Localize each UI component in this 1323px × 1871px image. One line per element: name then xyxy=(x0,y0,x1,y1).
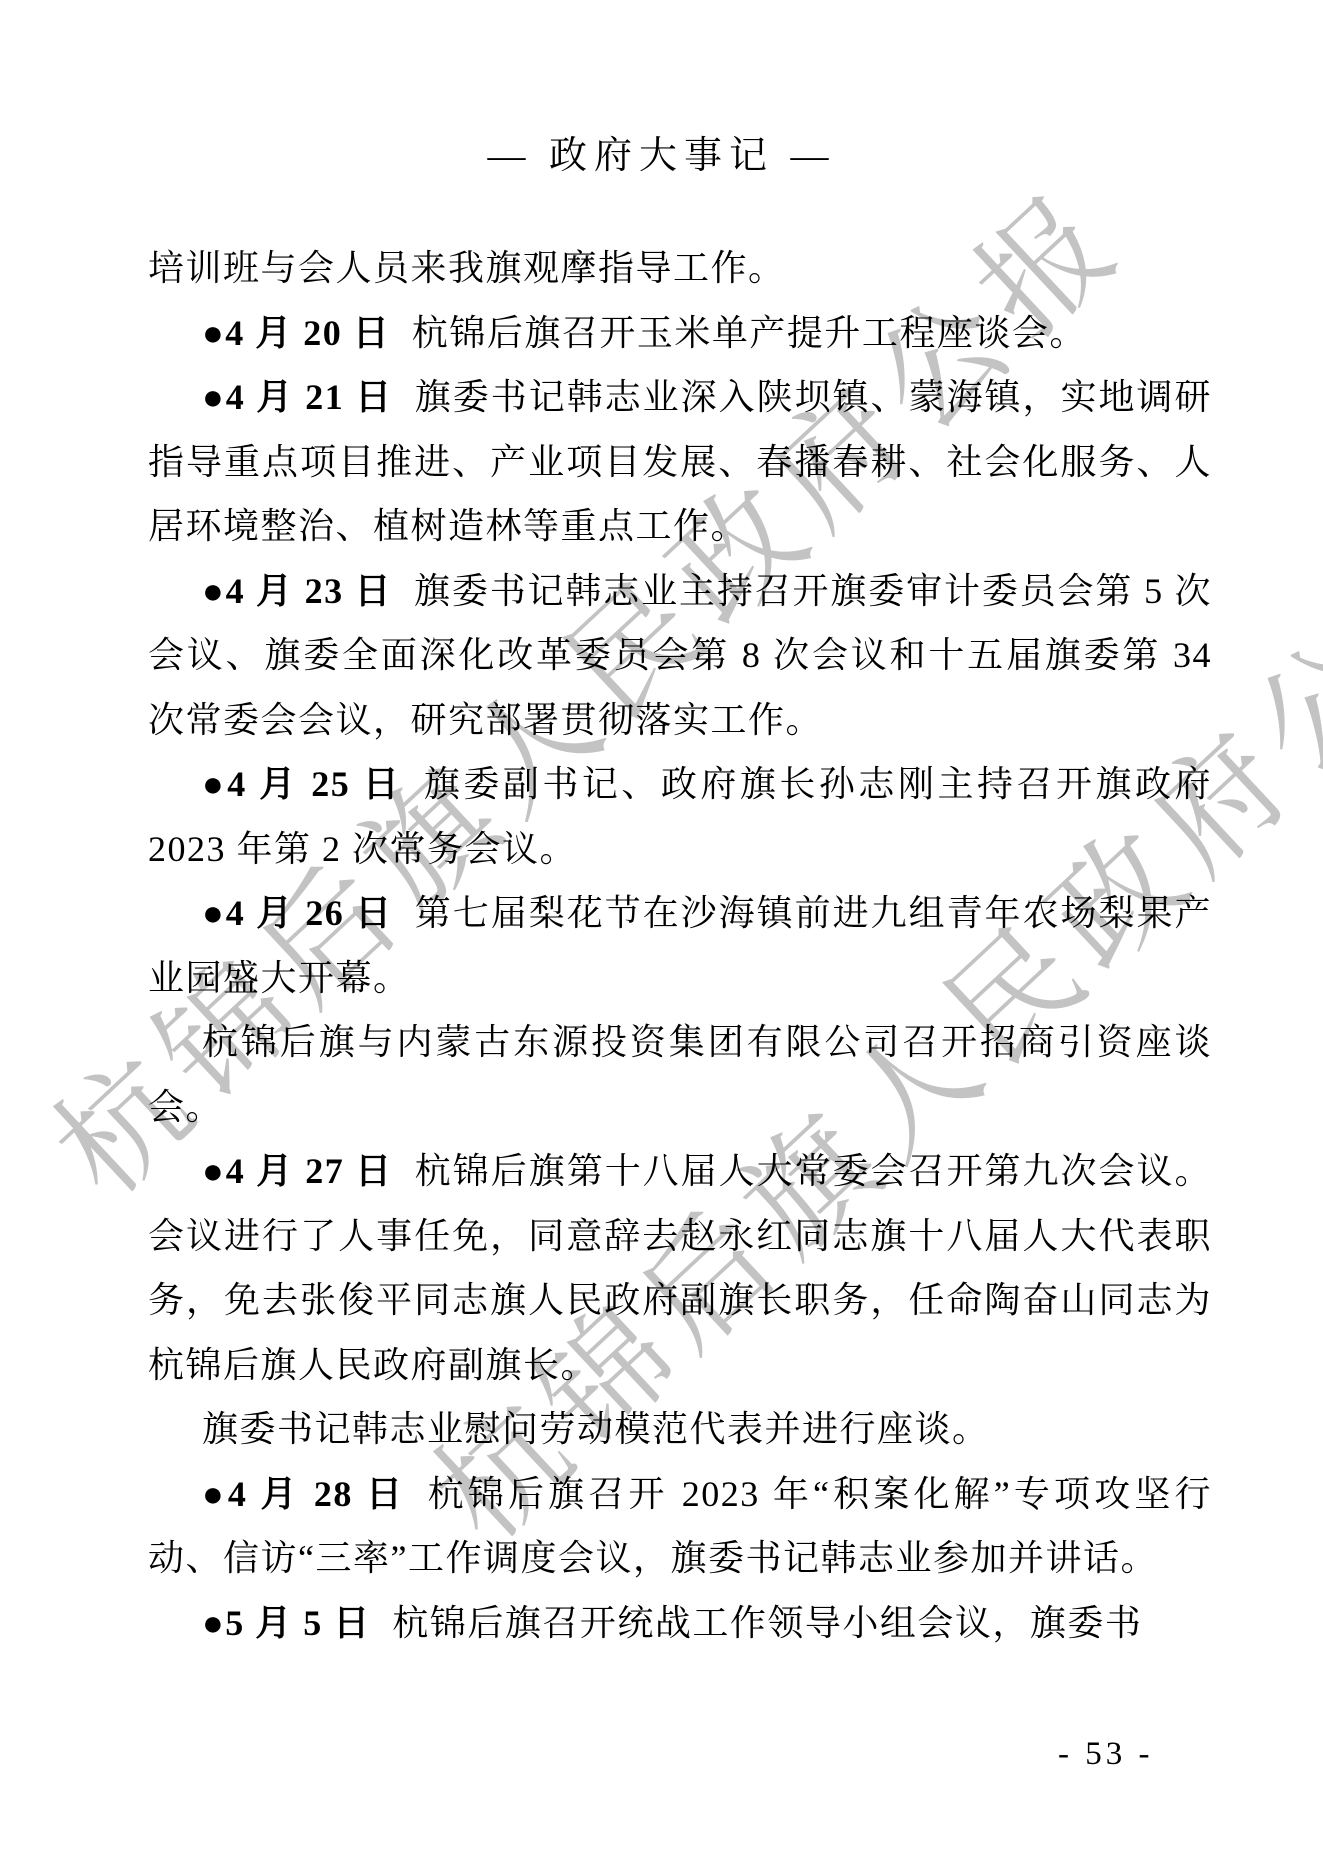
paragraph: 旗委书记韩志业慰问劳动模范代表并进行座谈。 xyxy=(148,1397,1212,1462)
page-number: - 53 - xyxy=(1058,1736,1153,1773)
event-date: ●4 月 25 日 xyxy=(202,764,402,804)
event-date: ●4 月 23 日 xyxy=(202,571,392,611)
paragraph: 杭锦后旗与内蒙古东源投资集团有限公司召开招商引资座谈会。 xyxy=(148,1010,1212,1139)
event-paragraph: ●4 月 23 日旗委书记韩志业主持召开旗委审计委员会第 5 次会议、旗委全面深… xyxy=(148,559,1212,753)
event-text: 杭锦后旗召开玉米单产提升工程座谈会。 xyxy=(412,313,1087,353)
event-date: ●4 月 28 日 xyxy=(202,1474,406,1514)
event-date: ●4 月 26 日 xyxy=(202,893,393,933)
document-body: 培训班与会人员来我旗观摩指导工作。●4 月 20 日杭锦后旗召开玉米单产提升工程… xyxy=(148,236,1212,1655)
gazette-page: 杭锦后旗人民政府公报 杭锦后旗人民政府公报 — 政府大事记 — 培训班与会人员来… xyxy=(0,0,1323,1871)
event-date: ●4 月 20 日 xyxy=(202,313,390,353)
event-paragraph: ●4 月 27 日杭锦后旗第十八届人大常委会召开第九次会议。会议进行了人事任免，… xyxy=(148,1139,1212,1397)
event-paragraph: ●4 月 21 日旗委书记韩志业深入陕坝镇、蒙海镇，实地调研指导重点项目推进、产… xyxy=(148,365,1212,559)
event-paragraph: ●4 月 26 日第七届梨花节在沙海镇前进九组青年农场梨果产业园盛大开幕。 xyxy=(148,881,1212,1010)
event-paragraph: ●4 月 25 日旗委副书记、政府旗长孙志刚主持召开旗政府 2023 年第 2 … xyxy=(148,752,1212,881)
event-paragraph: ●4 月 28 日杭锦后旗召开 2023 年“积案化解”专项攻坚行动、信访“三率… xyxy=(148,1462,1212,1591)
event-paragraph: ●5 月 5 日杭锦后旗召开统战工作领导小组会议，旗委书 xyxy=(148,1591,1212,1656)
paragraph: 培训班与会人员来我旗观摩指导工作。 xyxy=(148,236,1212,301)
event-date: ●4 月 21 日 xyxy=(202,377,393,417)
event-paragraph: ●4 月 20 日杭锦后旗召开玉米单产提升工程座谈会。 xyxy=(148,301,1212,366)
page-title: — 政府大事记 — xyxy=(0,134,1323,178)
event-date: ●4 月 27 日 xyxy=(202,1151,393,1191)
event-date: ●5 月 5 日 xyxy=(202,1603,371,1643)
event-text: 杭锦后旗召开统战工作领导小组会议，旗委书 xyxy=(392,1603,1142,1643)
